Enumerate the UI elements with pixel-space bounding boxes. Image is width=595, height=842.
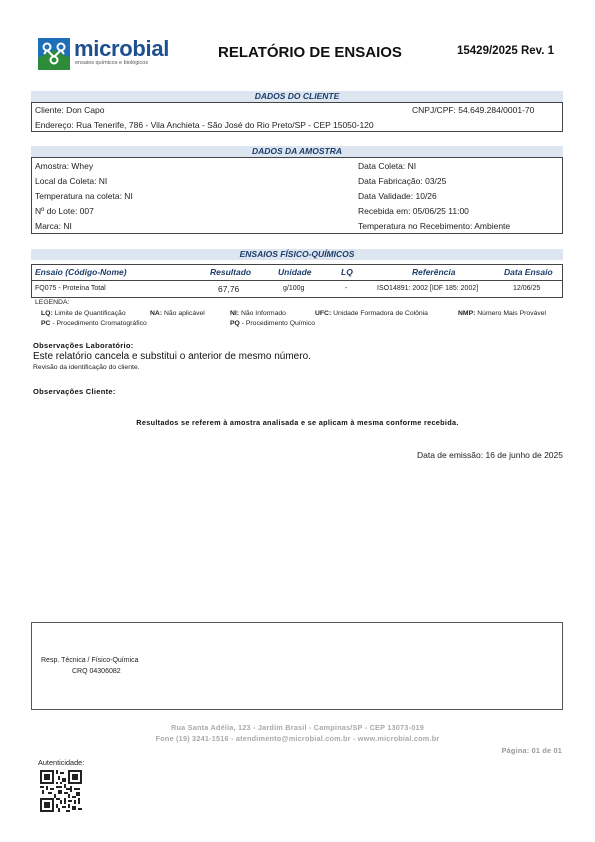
client-observations-label: Observações Cliente: bbox=[33, 387, 116, 396]
legend-item: NA: Não aplicável bbox=[150, 310, 205, 317]
page-number: Página: 01 de 01 bbox=[502, 746, 562, 755]
client-section-header: DADOS DO CLIENTE bbox=[31, 91, 563, 102]
cell-lq: - bbox=[345, 285, 347, 292]
table-divider bbox=[32, 280, 562, 281]
legend-item: PQ - Procedimento Químico bbox=[230, 320, 315, 327]
signature-role: Resp. Técnica / Físico-Química bbox=[41, 657, 139, 664]
column-header: Ensaio (Código-Nome) bbox=[35, 267, 127, 277]
lab-observation-main: Este relatório cancela e substitui o ant… bbox=[33, 351, 311, 362]
client-address: Endereço: Rua Tenerife, 786 - Vila Anchi… bbox=[35, 120, 374, 130]
column-header: Referência bbox=[412, 267, 455, 277]
footer-address: Rua Santa Adélia, 123 - Jardim Brasil - … bbox=[0, 723, 595, 732]
lab-observations-label: Observações Laboratório: bbox=[33, 341, 134, 350]
sample-field: Data Validade: 10/26 bbox=[358, 191, 437, 201]
cell-data-ensaio: 12/06/25 bbox=[513, 285, 540, 292]
cell-unidade: g/100g bbox=[283, 285, 304, 292]
client-box: Cliente: Don Capo CNPJ/CPF: 54.649.284/0… bbox=[31, 102, 563, 132]
legend-item: NI: Não Informado bbox=[230, 310, 286, 317]
document-number: 15429/2025 Rev. 1 bbox=[457, 45, 554, 57]
legend-item: LQ: Limite de Quantificação bbox=[41, 310, 126, 317]
legend-item: PC - Procedimento Cromatográfico bbox=[41, 320, 147, 327]
qr-code-icon[interactable] bbox=[40, 770, 82, 812]
sample-field: Recebida em: 05/06/25 11:00 bbox=[358, 206, 469, 216]
sample-field: Marca: NI bbox=[35, 221, 72, 231]
microbial-logo-icon bbox=[38, 38, 70, 70]
cell-resultado: 67,76 bbox=[218, 284, 239, 294]
column-header: Resultado bbox=[210, 267, 251, 277]
legend-title: LEGENDA: bbox=[35, 299, 69, 306]
tests-section-header: ENSAIOS FÍSICO-QUÍMICOS bbox=[31, 249, 563, 260]
report-title: RELATÓRIO DE ENSAIOS bbox=[218, 44, 402, 61]
authenticity-label: Autenticidade: bbox=[38, 758, 84, 767]
cell-referencia: ISO14891: 2002 [IDF 185: 2002] bbox=[377, 285, 478, 292]
signature-registry: CRQ 04306082 bbox=[72, 668, 121, 675]
logo-wordmark: microbial bbox=[74, 36, 169, 62]
logo-tagline: ensaios químicos e biológicos bbox=[75, 60, 148, 66]
sample-field: Local da Coleta: NI bbox=[35, 176, 107, 186]
sample-section-header: DADOS DA AMOSTRA bbox=[31, 146, 563, 157]
company-logo: microbial ensaios químicos e biológicos bbox=[38, 38, 170, 70]
legend-item: UFC: Unidade Formadora de Colônia bbox=[315, 310, 428, 317]
sample-field: Data Coleta: NI bbox=[358, 161, 416, 171]
emission-date: Data de emissão: 16 de junho de 2025 bbox=[417, 450, 563, 460]
sample-field: Temperatura na coleta: NI bbox=[35, 191, 133, 201]
legend-item: NMP: Número Mais Provável bbox=[458, 310, 546, 317]
sample-field: Nº do Lote: 007 bbox=[35, 206, 94, 216]
lab-observation-sub: Revisão da identificação do cliente. bbox=[33, 364, 140, 371]
tests-table: Ensaio (Código-Nome) Resultado Unidade L… bbox=[31, 264, 563, 298]
footer-contact[interactable]: Fone (19) 3241-1516 - atendimento@microb… bbox=[0, 734, 595, 743]
sample-field: Temperatura no Recebimento: Ambiente bbox=[358, 221, 510, 231]
results-notice: Resultados se referem à amostra analisad… bbox=[0, 418, 595, 427]
sample-field: Data Fabricação: 03/25 bbox=[358, 176, 446, 186]
column-header: Data Ensaio bbox=[504, 267, 553, 277]
sample-box: Amostra: Whey Local da Coleta: NI Temper… bbox=[31, 157, 563, 234]
column-header: LQ bbox=[341, 267, 353, 277]
sample-field: Amostra: Whey bbox=[35, 161, 93, 171]
cell-ensaio: FQ075 - Proteína Total bbox=[35, 285, 106, 292]
signature-box bbox=[31, 622, 563, 710]
client-name: Cliente: Don Capo bbox=[35, 105, 104, 115]
column-header: Unidade bbox=[278, 267, 312, 277]
client-cnpj: CNPJ/CPF: 54.649.284/0001-70 bbox=[412, 105, 534, 115]
